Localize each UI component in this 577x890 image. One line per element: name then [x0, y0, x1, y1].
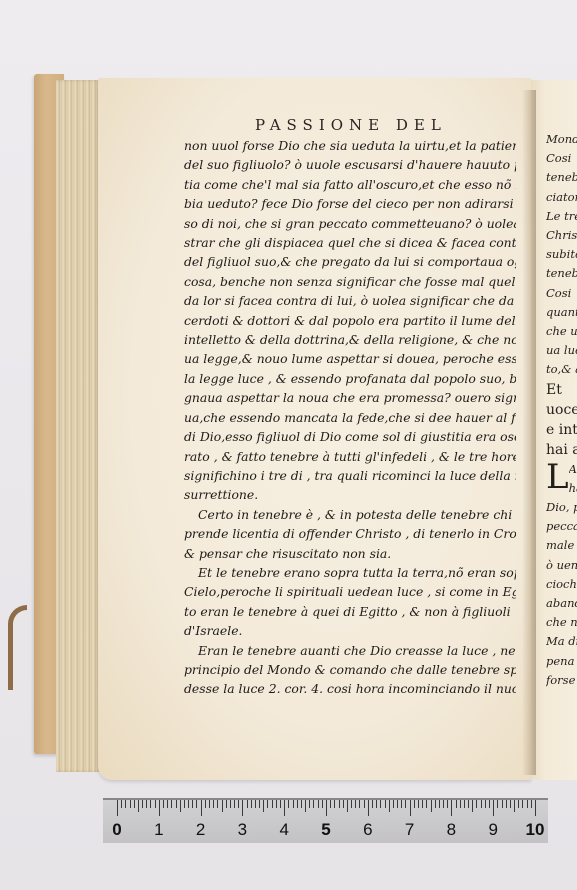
text-line: uoce [546, 400, 577, 420]
ruler-label: 7 [405, 820, 414, 840]
ruler-tick [410, 800, 411, 816]
ruler-tick [305, 800, 306, 812]
text-line: da lor si facea contra di lui, ò uolea s… [184, 291, 516, 310]
ruler-tick [276, 800, 277, 808]
text-line: tenebre [546, 168, 577, 187]
ruler-tick [259, 800, 260, 808]
text-line: peccato [546, 517, 577, 536]
ruler-tick [431, 800, 432, 812]
ruler-tick [497, 800, 498, 808]
ruler-tick [364, 800, 365, 808]
ruler-tick [464, 800, 465, 808]
ruler-tick [385, 800, 386, 808]
ruler-tick [184, 800, 185, 808]
ruler-tick [209, 800, 210, 808]
ruler-tick [213, 800, 214, 808]
ruler-tick [196, 800, 197, 808]
ruler-tick [234, 800, 235, 808]
text-line: che ued [546, 322, 577, 341]
ruler-tick [481, 800, 482, 808]
ruler-tick [117, 800, 118, 816]
bookmark-ribbon [8, 605, 27, 690]
ruler-tick [309, 800, 310, 808]
text-line: cerdoti & dottori & dal popolo era parti… [184, 311, 516, 330]
text-line: surrettione. [184, 485, 516, 504]
text-line: del suo figliuolo? ò uuole escusarsi d'h… [184, 155, 516, 174]
ruler-tick [255, 800, 256, 808]
ruler-tick [489, 800, 490, 808]
text-line: Et le tenebre erano sopra tutta la terra… [184, 563, 516, 582]
ruler-tick [351, 800, 352, 808]
text-line: Cosi [546, 149, 577, 168]
ruler-tick [121, 800, 122, 808]
ruler-tick [397, 800, 398, 808]
ruler-tick [263, 800, 264, 812]
ruler-label: 0 [112, 820, 121, 840]
ruler-tick [230, 800, 231, 808]
ruler-tick [380, 800, 381, 808]
text-line: e inte [546, 420, 577, 440]
ruler-tick [205, 800, 206, 808]
ruler-tick [226, 800, 227, 808]
ruler-tick [460, 800, 461, 808]
ruler-tick [472, 800, 473, 812]
ruler-tick [414, 800, 415, 808]
ruler-tick [288, 800, 289, 808]
text-line: A [569, 460, 577, 479]
ruler-tick [180, 800, 181, 812]
ruler-tick [518, 800, 519, 808]
text-line: del figliuol suo,& che pregato da lui si… [184, 252, 516, 271]
text-line: desse la luce 2. cor. 4. cosi hora incom… [184, 679, 516, 698]
ruler-tick [535, 800, 536, 816]
text-line: Le tre [546, 207, 577, 226]
ruler-tick [297, 800, 298, 808]
text-line: Eran le tenebre auanti che Dio creasse l… [184, 641, 516, 660]
text-line: ha [569, 479, 577, 498]
text-line: intelletto & della dottrina,& della reli… [184, 330, 516, 349]
ruler-tick [376, 800, 377, 808]
text-line: non uuol forse Dio che sia ueduta la uir… [184, 136, 516, 155]
ruler-tick [355, 800, 356, 808]
text-line: che no [546, 613, 577, 632]
ruler-tick [146, 800, 147, 808]
ruler-label: 6 [363, 820, 372, 840]
ruler-tick [531, 800, 532, 808]
ruler-label: 9 [488, 820, 497, 840]
text-line: gnaua aspettar la noua che era promessa?… [184, 388, 516, 407]
ruler-tick [188, 800, 189, 808]
ruler-tick [318, 800, 319, 808]
text-line: Certo in tenebre è , & in potesta delle … [184, 505, 516, 524]
ruler-tick [284, 800, 285, 816]
ruler-tick [155, 800, 156, 808]
text-line: Cielo,peroche li spirituali uedean luce … [184, 582, 516, 601]
ruler-tick [435, 800, 436, 808]
ruler-tick [493, 800, 494, 816]
text-line: rato , & fatto tenebre à tutti gl'infede… [184, 447, 516, 466]
ruler-tick [192, 800, 193, 808]
ruler-tick [242, 800, 243, 816]
text-line: Christo [546, 226, 577, 245]
running-header: PASSIONE DEL [255, 116, 495, 134]
ruler-tick [343, 800, 344, 808]
ruler-tick [372, 800, 373, 808]
ruler-tick [347, 800, 348, 812]
text-line: Cosi [546, 284, 577, 303]
text-line: di Dio,esso figliuol di Dio come sol di … [184, 427, 516, 446]
ruler-tick [476, 800, 477, 808]
dropcap-letter: L [546, 460, 569, 494]
ruler-tick [443, 800, 444, 808]
ruler-tick [447, 800, 448, 808]
ruler-tick [267, 800, 268, 808]
book-gutter [522, 90, 536, 775]
text-line: forse i [546, 671, 577, 690]
text-line: & pensar che risuscitato non sia. [184, 544, 516, 563]
ruler-tick [163, 800, 164, 808]
ruler-tick [134, 800, 135, 808]
text-line: tenebre, [546, 264, 577, 283]
text-line: Ma di [546, 632, 577, 651]
text-line: ò uenu [546, 556, 577, 575]
ruler-label: 1 [154, 820, 163, 840]
right-page-text: MondoCositenebreciator dLe treChristosub… [546, 130, 577, 690]
ruler-label: 10 [526, 820, 545, 840]
ruler-tick [451, 800, 452, 816]
ruler-tick [334, 800, 335, 808]
text-line: so di noi, che si gran peccato commetteu… [184, 214, 516, 233]
text-line: bia ueduto? fece Dio forse del cieco per… [184, 194, 516, 213]
text-line: to eran le tenebre à quei di Egitto , & … [184, 602, 516, 621]
ruler-label: 4 [279, 820, 288, 840]
ruler-tick [130, 800, 131, 808]
ruler-tick [401, 800, 402, 808]
text-line: to,& à [546, 360, 577, 379]
ruler-tick [138, 800, 139, 812]
text-line: d'Israele. [184, 621, 516, 640]
text-line: ciator d [546, 188, 577, 207]
ruler-tick [405, 800, 406, 808]
ruler-tick [368, 800, 369, 816]
ruler-tick [359, 800, 360, 808]
text-line: abando [546, 594, 577, 613]
ruler-tick [485, 800, 486, 808]
ruler-tick [439, 800, 440, 808]
ruler-tick [222, 800, 223, 812]
ruler-tick [514, 800, 515, 812]
text-line: ua luce [546, 341, 577, 360]
ruler-tick [217, 800, 218, 808]
text-line: subito m [546, 245, 577, 264]
ruler-tick [280, 800, 281, 808]
text-line: quanti c [546, 303, 577, 322]
ruler-tick [238, 800, 239, 808]
ruler-tick [418, 800, 419, 808]
ruler-tick [339, 800, 340, 808]
ruler-tick [322, 800, 323, 808]
ruler-tick [313, 800, 314, 808]
scale-ruler: 012345678910 [103, 798, 548, 843]
text-line: male in [546, 536, 577, 555]
ruler-tick [125, 800, 126, 808]
ruler-tick [393, 800, 394, 808]
text-line: ua,che essendo mancata la fede,che si de… [184, 408, 516, 427]
text-line: strar che gli dispiacea quel che si dice… [184, 233, 516, 252]
ruler-tick [422, 800, 423, 808]
left-page-text: non uuol forse Dio che sia ueduta la uir… [184, 136, 516, 699]
ruler-tick [201, 800, 202, 816]
ruler-tick [272, 800, 273, 808]
ruler-tick [326, 800, 327, 816]
ruler-tick [510, 800, 511, 808]
text-line: tia come che'l mal sia fatto all'oscuro,… [184, 175, 516, 194]
book-fore-edge [56, 80, 100, 772]
ruler-tick [301, 800, 302, 808]
ruler-tick [506, 800, 507, 808]
ruler-tick [330, 800, 331, 808]
text-line: significhino i tre di , tra quali ricomi… [184, 466, 516, 485]
text-line: cioche [546, 575, 577, 594]
ruler-tick [522, 800, 523, 808]
ruler-tick [426, 800, 427, 808]
text-line: Dio, p [546, 498, 577, 517]
text-line: Et [546, 380, 577, 400]
text-line: pena c [546, 652, 577, 671]
text-line: principio del Mondo & comando che dalle … [184, 660, 516, 679]
ruler-tick [176, 800, 177, 808]
ruler-tick [142, 800, 143, 808]
dropcap-block: LAha [546, 460, 577, 498]
ruler-label: 8 [447, 820, 456, 840]
ruler-tick [167, 800, 168, 808]
text-line: prende licentia di offender Christo , di… [184, 524, 516, 543]
text-line: Mondo [546, 130, 577, 149]
text-line: ua legge,& nouo lume aspettar si douea, … [184, 349, 516, 368]
ruler-tick [159, 800, 160, 816]
ruler-tick [456, 800, 457, 808]
ruler-tick [150, 800, 151, 808]
ruler-tick [468, 800, 469, 808]
ruler-label: 2 [196, 820, 205, 840]
ruler-tick [247, 800, 248, 808]
ruler-tick [171, 800, 172, 808]
ruler-tick [293, 800, 294, 808]
ruler-label: 3 [238, 820, 247, 840]
ruler-label: 5 [321, 820, 330, 840]
ruler-tick [527, 800, 528, 808]
ruler-tick [502, 800, 503, 808]
text-line: la legge luce , & essendo profanata dal … [184, 369, 516, 388]
ruler-tick [251, 800, 252, 808]
ruler-tick [389, 800, 390, 812]
text-line: cosa, benche non senza significar che fo… [184, 272, 516, 291]
